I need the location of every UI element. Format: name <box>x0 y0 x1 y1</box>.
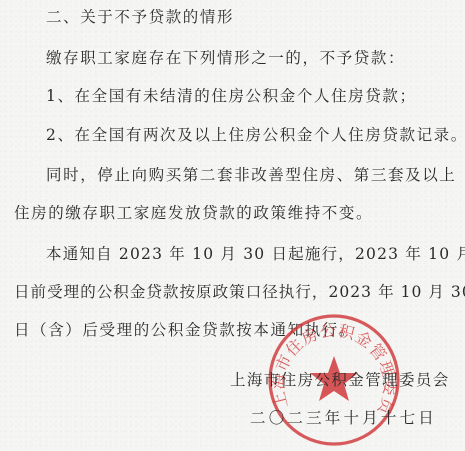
list-item-2: 2、在全国有两次及以上住房公积金个人住房贷款记录。 <box>46 125 465 145</box>
document-page: 二、关于不予贷款的情形 缴存职工家庭存在下列情形之一的，不予贷款： 1、在全国有… <box>0 0 465 451</box>
issue-date: 二〇二三年十月十七日 <box>250 408 437 428</box>
list-item-1: 1、在全国有未结清的住房公积金个人住房贷款； <box>46 86 417 106</box>
issuer-signature: 上海市住房公积金管理委员会 <box>230 370 450 390</box>
paragraph-policy-line1: 同时，停止向购买第二套非改善型住房、第三套及以上 <box>46 165 456 185</box>
paragraph-effective-line2: 日前受理的公积金贷款按原政策口径执行，2023 年 10 月 30 <box>14 282 465 302</box>
section-heading: 二、关于不予贷款的情形 <box>46 7 234 27</box>
paragraph-intro: 缴存职工家庭存在下列情形之一的，不予贷款： <box>46 48 405 68</box>
paragraph-effective-line1: 本通知自 2023 年 10 月 30 日起施行，2023 年 10 月 30 <box>46 244 465 264</box>
paragraph-policy-line2: 住房的缴存职工家庭发放贷款的政策维持不变。 <box>14 203 373 223</box>
